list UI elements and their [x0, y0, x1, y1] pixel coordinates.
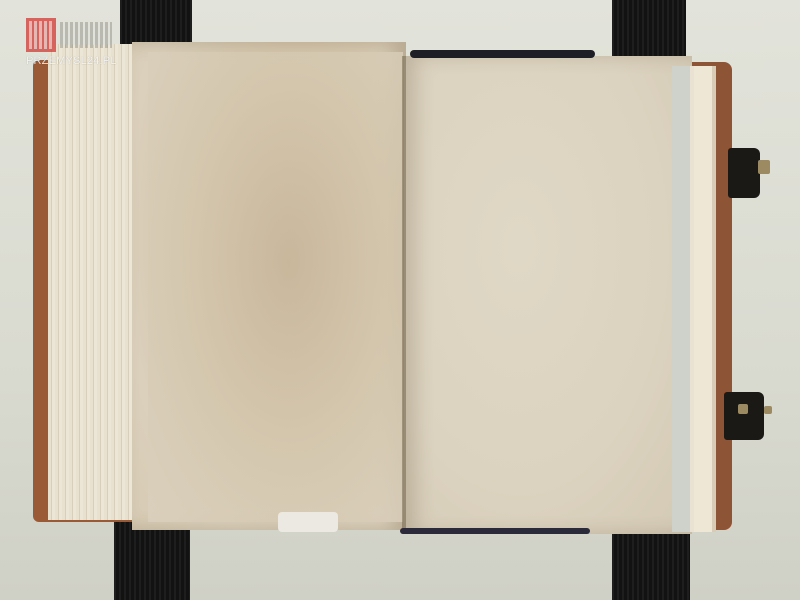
- clasp-bottom: [724, 392, 764, 440]
- spine-band-bottom: [400, 528, 590, 534]
- book-gutter: [402, 56, 406, 534]
- watermark-logo: PRZEMYSL24.PL: [26, 18, 112, 74]
- clasp-bottom-hook: [764, 406, 772, 414]
- watermark-text: PRZEMYSL24.PL: [26, 55, 117, 67]
- strap-top-left: [120, 0, 192, 48]
- page-left-stain: [148, 52, 403, 522]
- clasp-bottom-pin: [738, 404, 748, 414]
- strap-bottom-left: [114, 520, 190, 600]
- logo-p-icon: [26, 18, 56, 52]
- page-right: [404, 56, 692, 534]
- logo-24-icon: [60, 22, 112, 48]
- spine-band-top: [410, 50, 595, 58]
- page-stack-right: [672, 66, 716, 532]
- strap-bottom-right: [612, 530, 690, 600]
- clasp-top: [728, 148, 760, 198]
- clasp-top-pin: [758, 160, 770, 174]
- torn-page-corner: [278, 512, 338, 532]
- page-stack-left: [48, 44, 143, 520]
